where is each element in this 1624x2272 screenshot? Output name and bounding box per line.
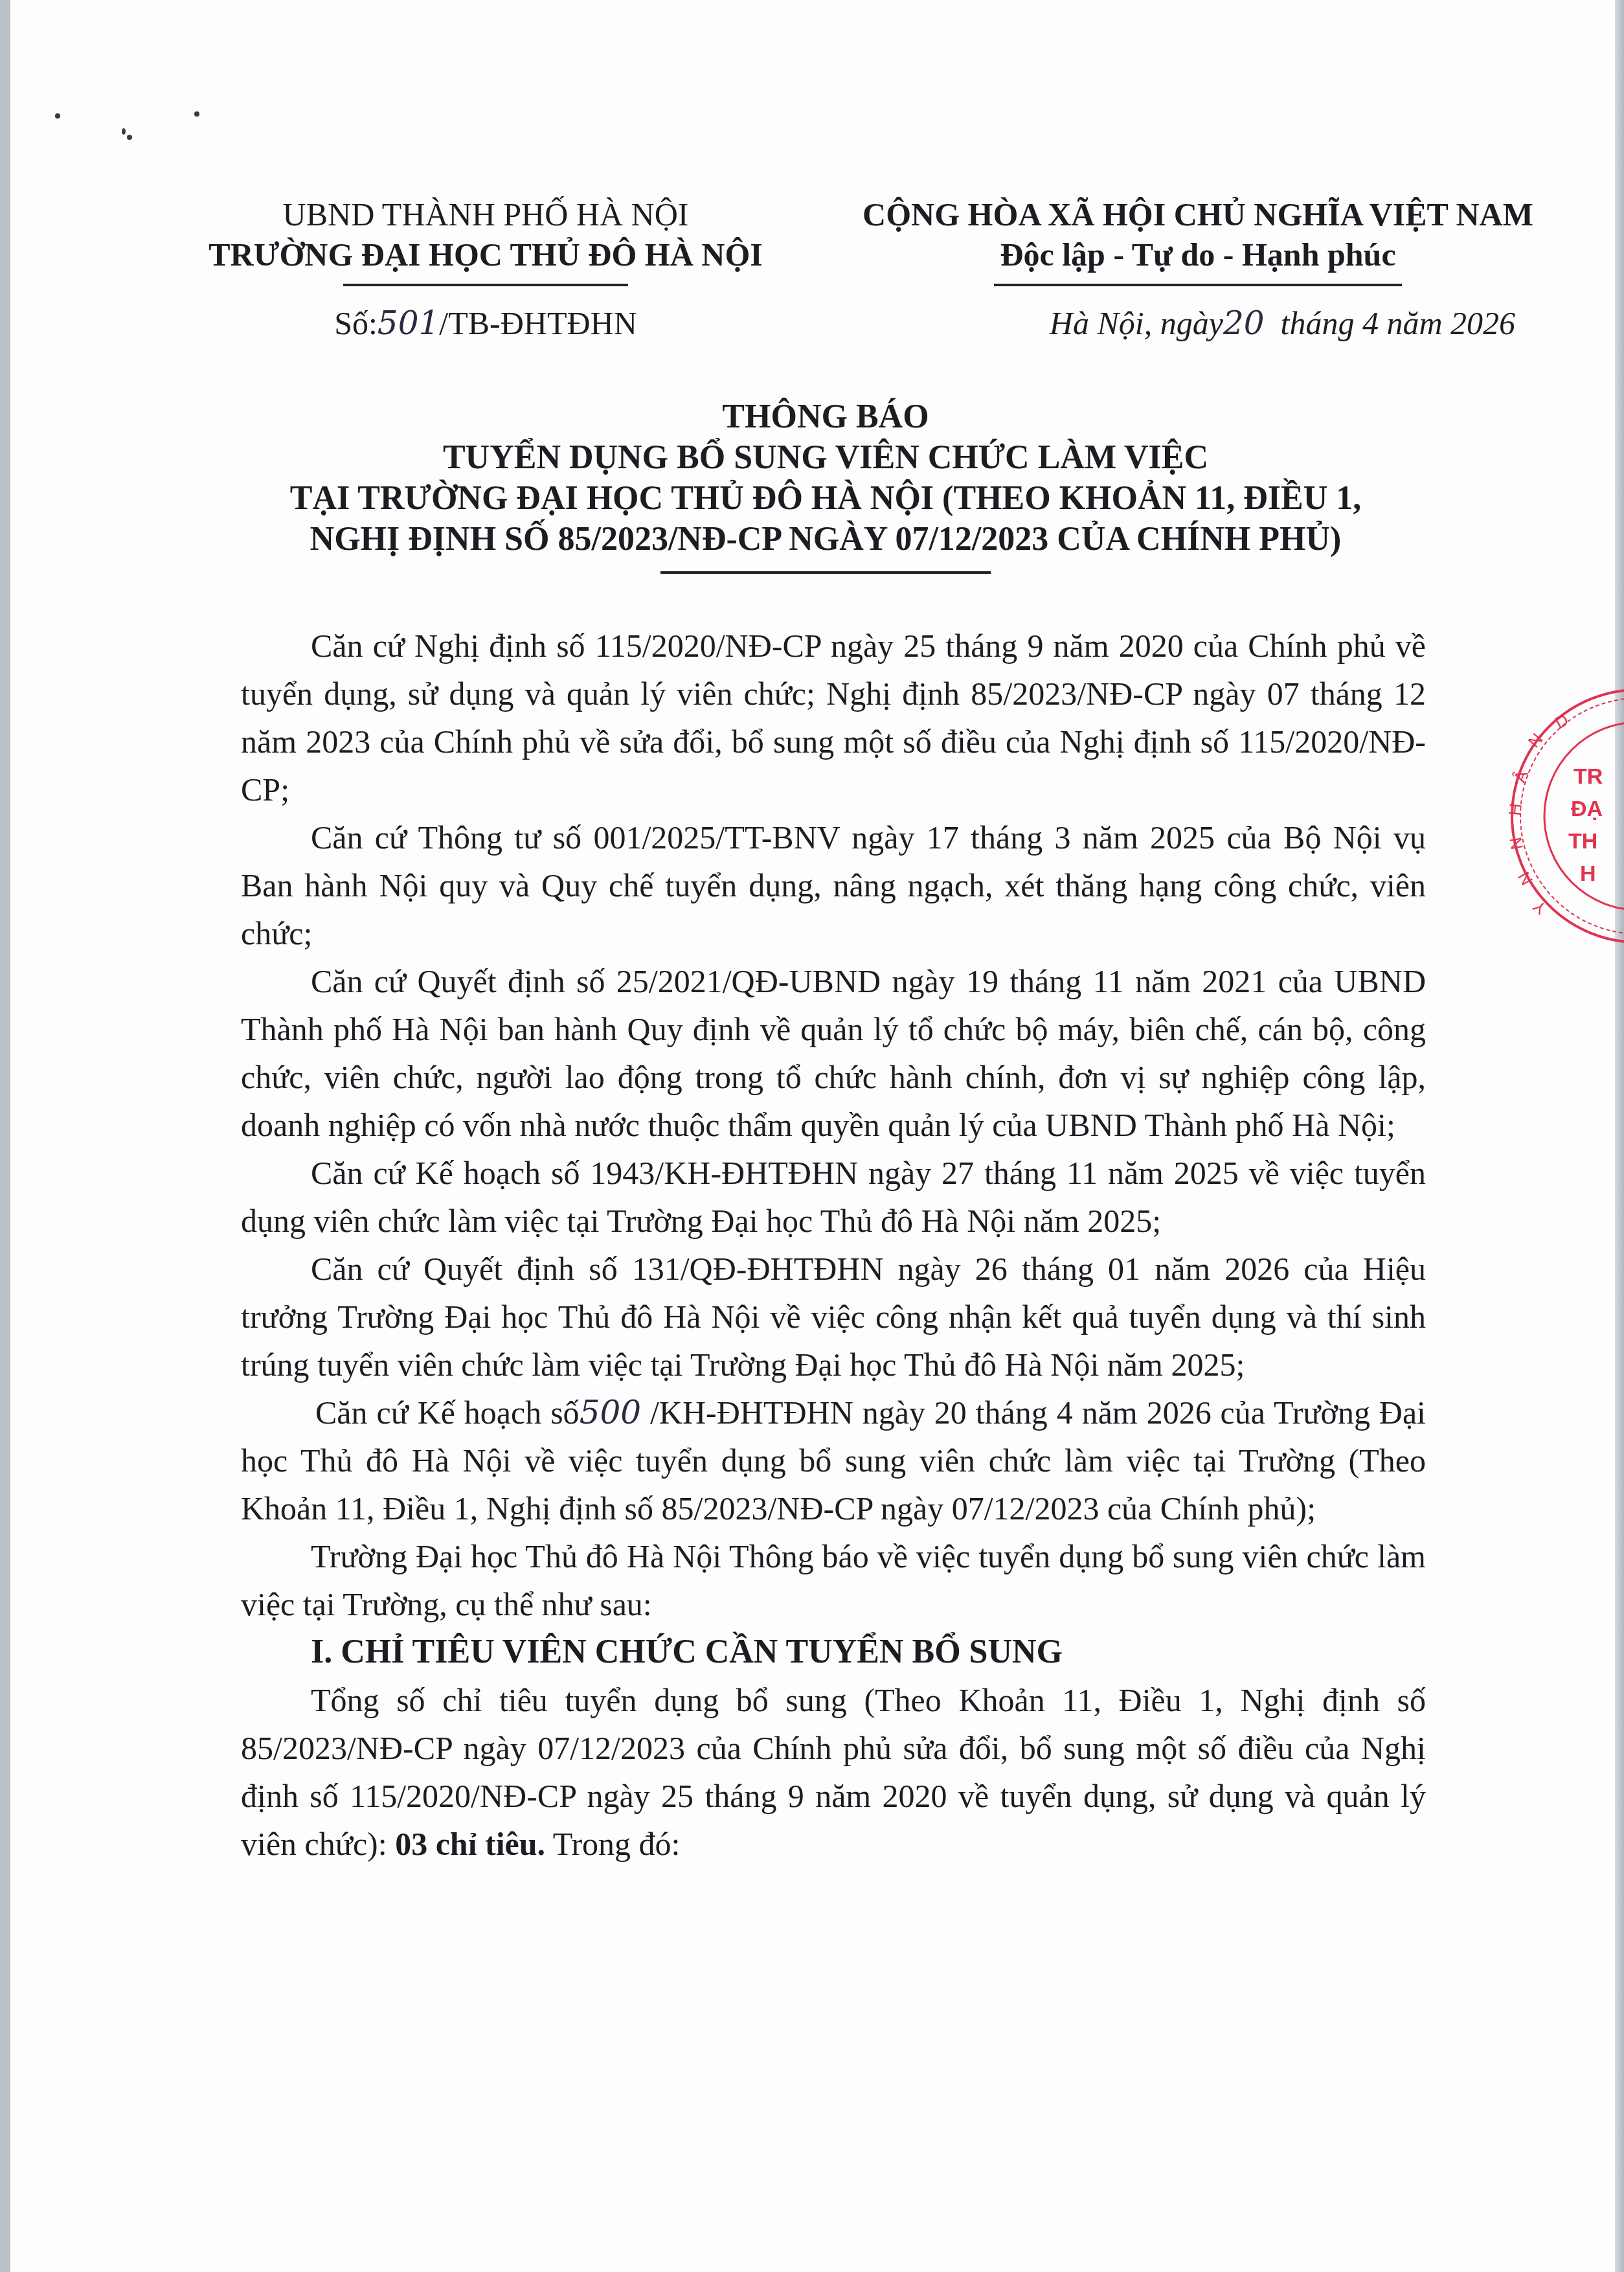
legal-basis-paragraph: Căn cứ Thông tư số 001/2025/TT-BNV ngày …	[241, 813, 1426, 957]
svg-text:ĐẠ: ĐẠ	[1571, 797, 1603, 821]
quota-paragraph: Tổng số chỉ tiêu tuyển dụng bổ sung (The…	[241, 1676, 1426, 1868]
legal-basis-paragraph: Căn cứ Kế hoạch số 1943/KH-ĐHTĐHN ngày 2…	[241, 1149, 1426, 1245]
legal-basis-paragraph: Căn cứ Quyết định số 25/2021/QĐ-UBND ngà…	[241, 957, 1426, 1149]
official-seal-icon: TR ĐẠ TH H D N Â H N N Y	[1509, 687, 1624, 946]
scan-edge-right	[1615, 0, 1624, 2272]
scan-speck	[122, 128, 126, 135]
svg-text:TH: TH	[1568, 829, 1597, 854]
agency-name: UBND THÀNH PHỐ HÀ NỘI	[194, 194, 777, 234]
national-motto: Độc lập - Tự do - Hạnh phúc	[855, 234, 1541, 275]
document-number: Số:501/TB-ĐHTĐHN	[194, 304, 777, 342]
document-title: THÔNG BÁO TUYỂN DỤNG BỔ SUNG VIÊN CHỨC L…	[194, 396, 1457, 574]
svg-text:Y: Y	[1529, 896, 1550, 918]
header-divider	[343, 284, 628, 286]
scan-speck	[127, 135, 132, 140]
issue-date: Hà Nội, ngày20 tháng 4 năm 2026	[855, 304, 1541, 342]
motto-underline	[994, 284, 1402, 286]
document-body: Căn cứ Nghị định số 115/2020/NĐ-CP ngày …	[241, 622, 1426, 1868]
svg-text:H: H	[1580, 861, 1596, 886]
handwritten-plan-number: 500	[580, 1394, 641, 1431]
legal-basis-paragraph: Căn cứ Kế hoạch số500 /KH-ĐHTĐHN ngày 20…	[241, 1389, 1426, 1532]
svg-text:H: H	[1509, 802, 1526, 816]
country-name: CỘNG HÒA XÃ HỘI CHỦ NGHĨA VIỆT NAM	[855, 194, 1541, 234]
announcement-paragraph: Trường Đại học Thủ đô Hà Nội Thông báo v…	[241, 1532, 1426, 1628]
scan-edge-left	[0, 0, 10, 2272]
handwritten-number: 501	[378, 304, 439, 342]
title-underline	[660, 571, 991, 574]
quota-count: 03 chỉ tiêu.	[395, 1826, 545, 1862]
scan-speck	[194, 111, 199, 117]
scan-speck	[55, 113, 60, 119]
svg-text:N: N	[1509, 835, 1527, 851]
national-header: CỘNG HÒA XÃ HỘI CHỦ NGHĨA VIỆT NAM Độc l…	[855, 194, 1541, 286]
handwritten-day: 20	[1223, 304, 1265, 342]
issuer-header: UBND THÀNH PHỐ HÀ NỘI TRƯỜNG ĐẠI HỌC THỦ…	[194, 194, 777, 286]
legal-basis-paragraph: Căn cứ Nghị định số 115/2020/NĐ-CP ngày …	[241, 622, 1426, 813]
section-heading: I. CHỈ TIÊU VIÊN CHỨC CẦN TUYỂN BỔ SUNG	[241, 1628, 1426, 1676]
svg-text:TR: TR	[1573, 764, 1603, 789]
institution-name: TRƯỜNG ĐẠI HỌC THỦ ĐÔ HÀ NỘI	[194, 234, 777, 275]
legal-basis-paragraph: Căn cứ Quyết định số 131/QĐ-ĐHTĐHN ngày …	[241, 1245, 1426, 1389]
